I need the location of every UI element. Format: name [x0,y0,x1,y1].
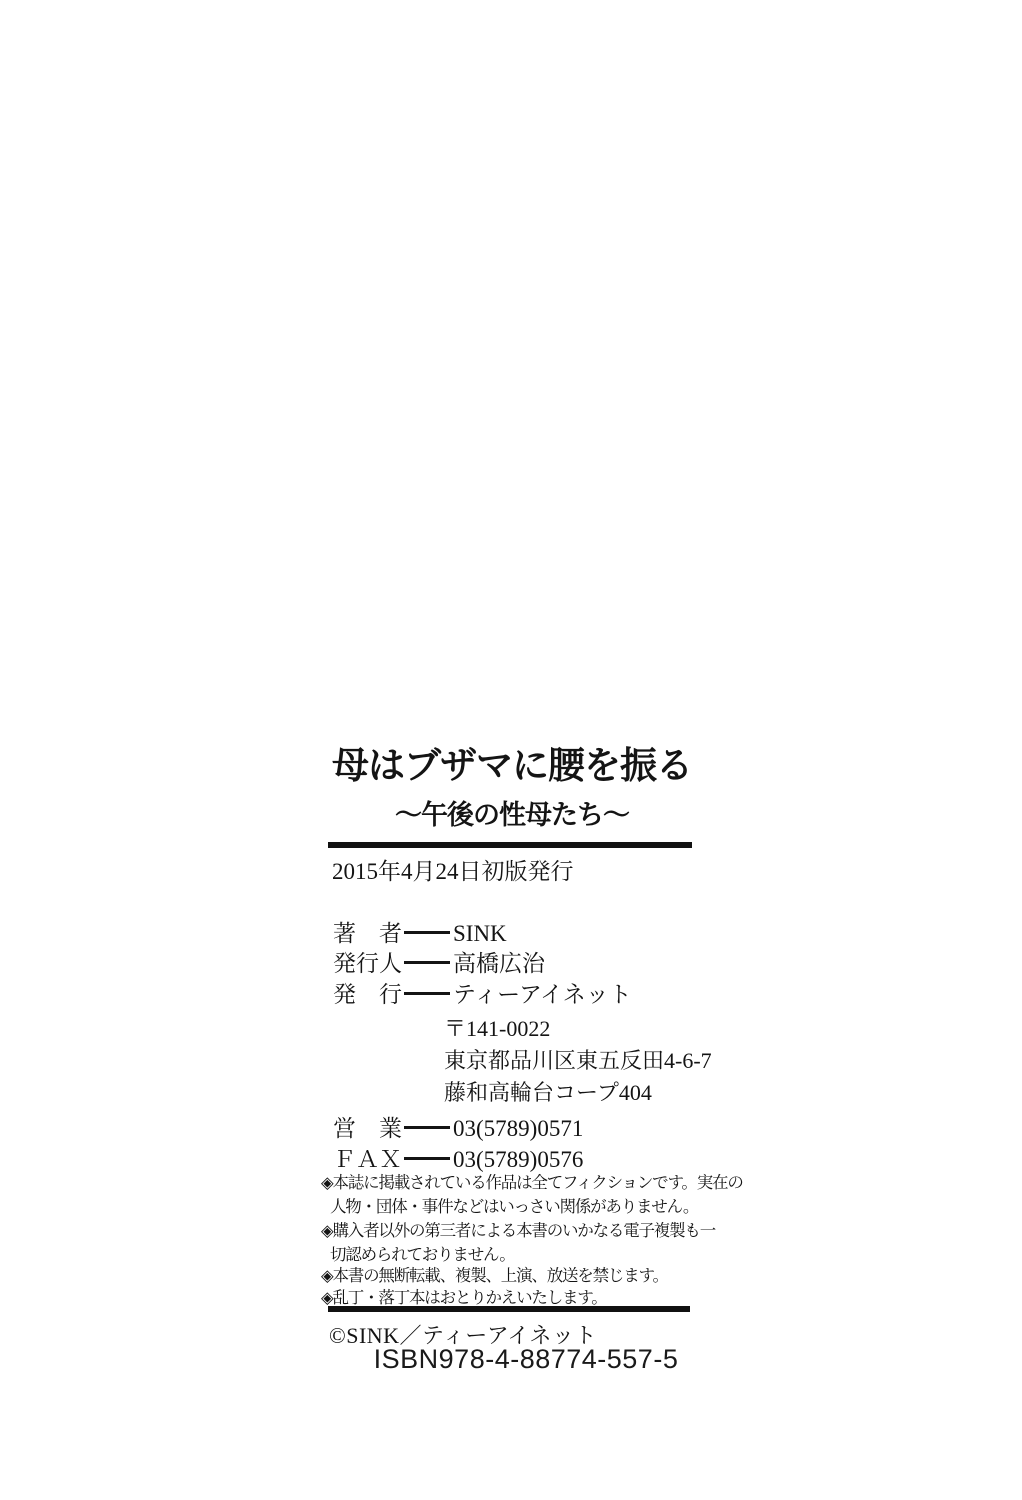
note-text: 乱丁・落丁本はおとりかえいたします。 [333,1288,607,1307]
credit-label: 発 行 [333,976,404,1009]
note-text: 人物・団体・事件などはいっさい関係がありません。 [330,1197,698,1216]
credit-row-imprint: 発 行ティーアイネット [333,976,632,1009]
note-line: 切認められておりません。 [330,1245,515,1265]
leader-dash [404,1157,450,1160]
credit-row-publisher: 発行人高橋広治 [333,945,545,978]
title-divider [328,842,692,848]
note-text: 切認められておりません。 [330,1245,515,1264]
note-marker-icon: ◈ [321,1173,333,1192]
postal-code: 〒141-0022 [444,1012,550,1043]
contact-row-fax: ＦＡＸ03(5789)0576 [333,1141,583,1174]
leader-dash [404,961,450,964]
leader-dash [404,992,450,995]
note-line: ◈乱丁・落丁本はおとりかえいたします。 [321,1288,607,1308]
book-subtitle: ～午後の性母たち～ [326,793,698,832]
credit-value: SINK [453,921,507,946]
note-marker-icon: ◈ [321,1266,333,1285]
credit-value: ティーアイネット [453,982,632,1007]
contact-value: 03(5789)0571 [453,1116,583,1141]
credit-label: 発行人 [333,945,404,978]
contact-row-sales: 営 業03(5789)0571 [333,1110,583,1143]
address-line-1: 東京都品川区東五反田4-6-7 [444,1044,712,1075]
edition-date: 2015年4月24日初版発行 [332,853,574,886]
note-marker-icon: ◈ [321,1221,333,1240]
credit-row-author: 著 者SINK [333,915,507,948]
credit-value: 高橋広治 [453,951,545,976]
note-marker-icon: ◈ [321,1288,333,1307]
leader-dash [404,1126,450,1129]
credit-label: 著 者 [333,915,404,948]
bottom-divider [328,1306,690,1312]
book-title: 母はブザマに腰を振る [326,746,698,789]
colophon-page: 母はブザマに腰を振る ～午後の性母たち～ 2015年4月24日初版発行 著 者S… [0,0,1022,1500]
note-line: ◈購入者以外の第三者による本書のいかなる電子複製も一 [321,1221,715,1241]
note-line: ◈本書の無断転載、複製、上演、放送を禁じます。 [321,1266,668,1286]
contact-label: ＦＡＸ [333,1141,404,1174]
contact-value: 03(5789)0576 [453,1147,583,1172]
note-line: 人物・団体・事件などはいっさい関係がありません。 [330,1197,698,1217]
note-text: 購入者以外の第三者による本書のいかなる電子複製も一 [333,1221,716,1240]
isbn-number: ISBN978-4-88774-557-5 [341,1344,711,1375]
contact-label: 営 業 [333,1110,404,1143]
note-line: ◈本誌に掲載されている作品は全てフィクションです。実在の [321,1173,743,1193]
leader-dash [404,931,450,934]
note-text: 本誌に掲載されている作品は全てフィクションです。実在の [333,1173,743,1192]
note-text: 本書の無断転載、複製、上演、放送を禁じます。 [333,1266,668,1285]
address-line-2: 藤和高輪台コープ404 [444,1076,652,1107]
